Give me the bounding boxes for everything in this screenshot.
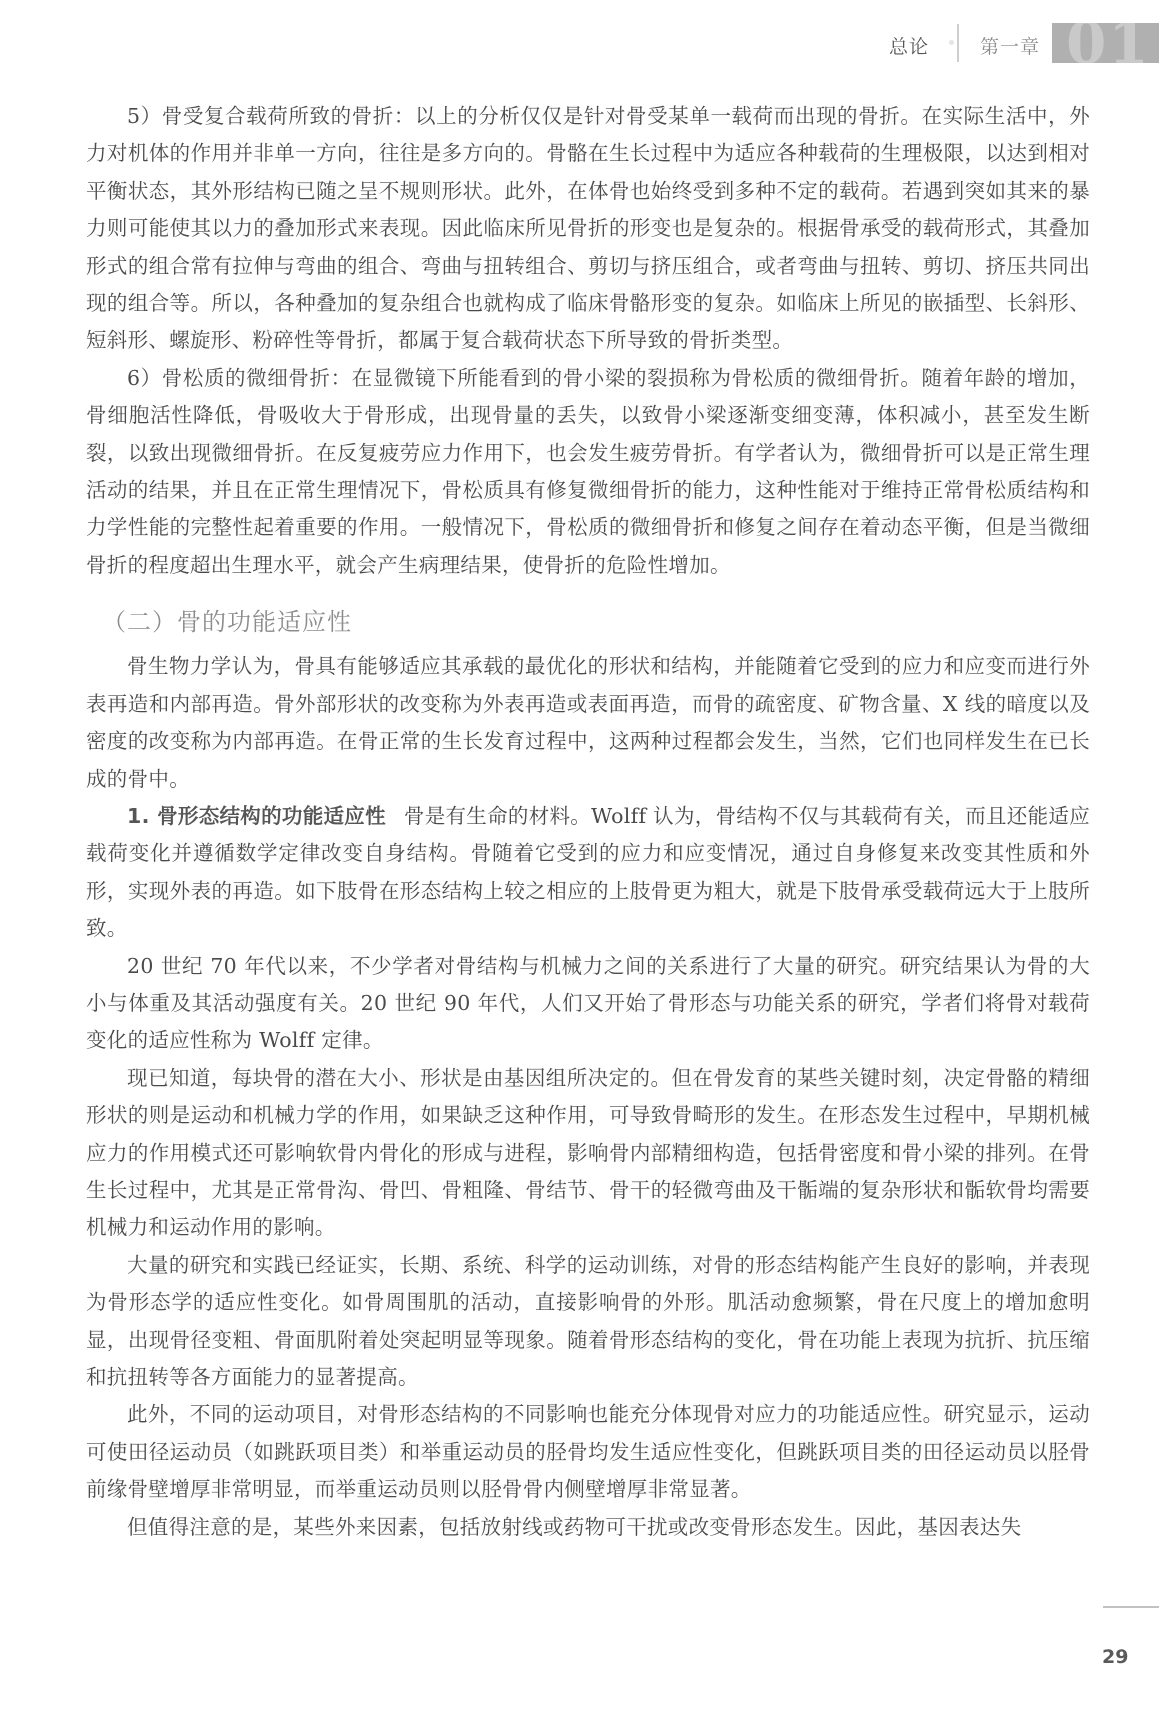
header-chapter-label: 第一章 (980, 32, 1040, 59)
paragraph-sport-differences: 此外，不同的运动项目，对骨形态结构的不同影响也能充分体现骨对应力的功能适应性。研… (86, 1396, 1090, 1508)
header-divider (957, 24, 959, 62)
paragraph-cancellous-microfracture: 6）骨松质的微细骨折：在显微镜下所能看到的骨小梁的裂损称为骨松质的微细骨折。随着… (86, 360, 1090, 584)
chapter-number-badge: 01 (1052, 23, 1159, 63)
paragraph-section-intro: 骨生物力学认为，骨具有能够适应其承载的最优化的形状和结构，并能随着它受到的应力和… (86, 648, 1090, 798)
header-section-title: 总论 (889, 32, 929, 59)
header-dot-ornament (949, 40, 954, 45)
page-number: 29 (1102, 1646, 1128, 1668)
paragraph-research-history: 20 世纪 70 年代以来，不少学者对骨结构与机械力之间的关系进行了大量的研究。… (86, 948, 1090, 1060)
section-heading: （二）骨的功能适应性 (86, 604, 1090, 640)
subsection-title: 1. 骨形态结构的功能适应性 (127, 804, 386, 828)
paragraph-composite-load-fracture: 5）骨受复合载荷所致的骨折：以上的分析仅仅是针对骨受某单一载荷而出现的骨折。在实… (86, 98, 1090, 360)
running-header: 总论 第一章 01 (839, 0, 1159, 80)
paragraph-training-effects: 大量的研究和实践已经证实，长期、系统、科学的运动训练，对骨的形态结构能产生良好的… (86, 1247, 1090, 1397)
paragraph-subsection-1: 1. 骨形态结构的功能适应性骨是有生命的材料。Wolff 认为，骨结构不仅与其载… (86, 798, 1090, 948)
chapter-number: 01 (1066, 23, 1151, 63)
footer-rule (1103, 1606, 1159, 1608)
paragraph-external-factors: 但值得注意的是，某些外来因素，包括放射线或药物可干扰或改变骨形态发生。因此，基因… (86, 1509, 1090, 1546)
page-body: 5）骨受复合载荷所致的骨折：以上的分析仅仅是针对骨受某单一载荷而出现的骨折。在实… (86, 98, 1090, 1546)
paragraph-genetic-mechanical: 现已知道，每块骨的潜在大小、形状是由基因组所决定的。但在骨发育的某些关键时刻，决… (86, 1060, 1090, 1247)
